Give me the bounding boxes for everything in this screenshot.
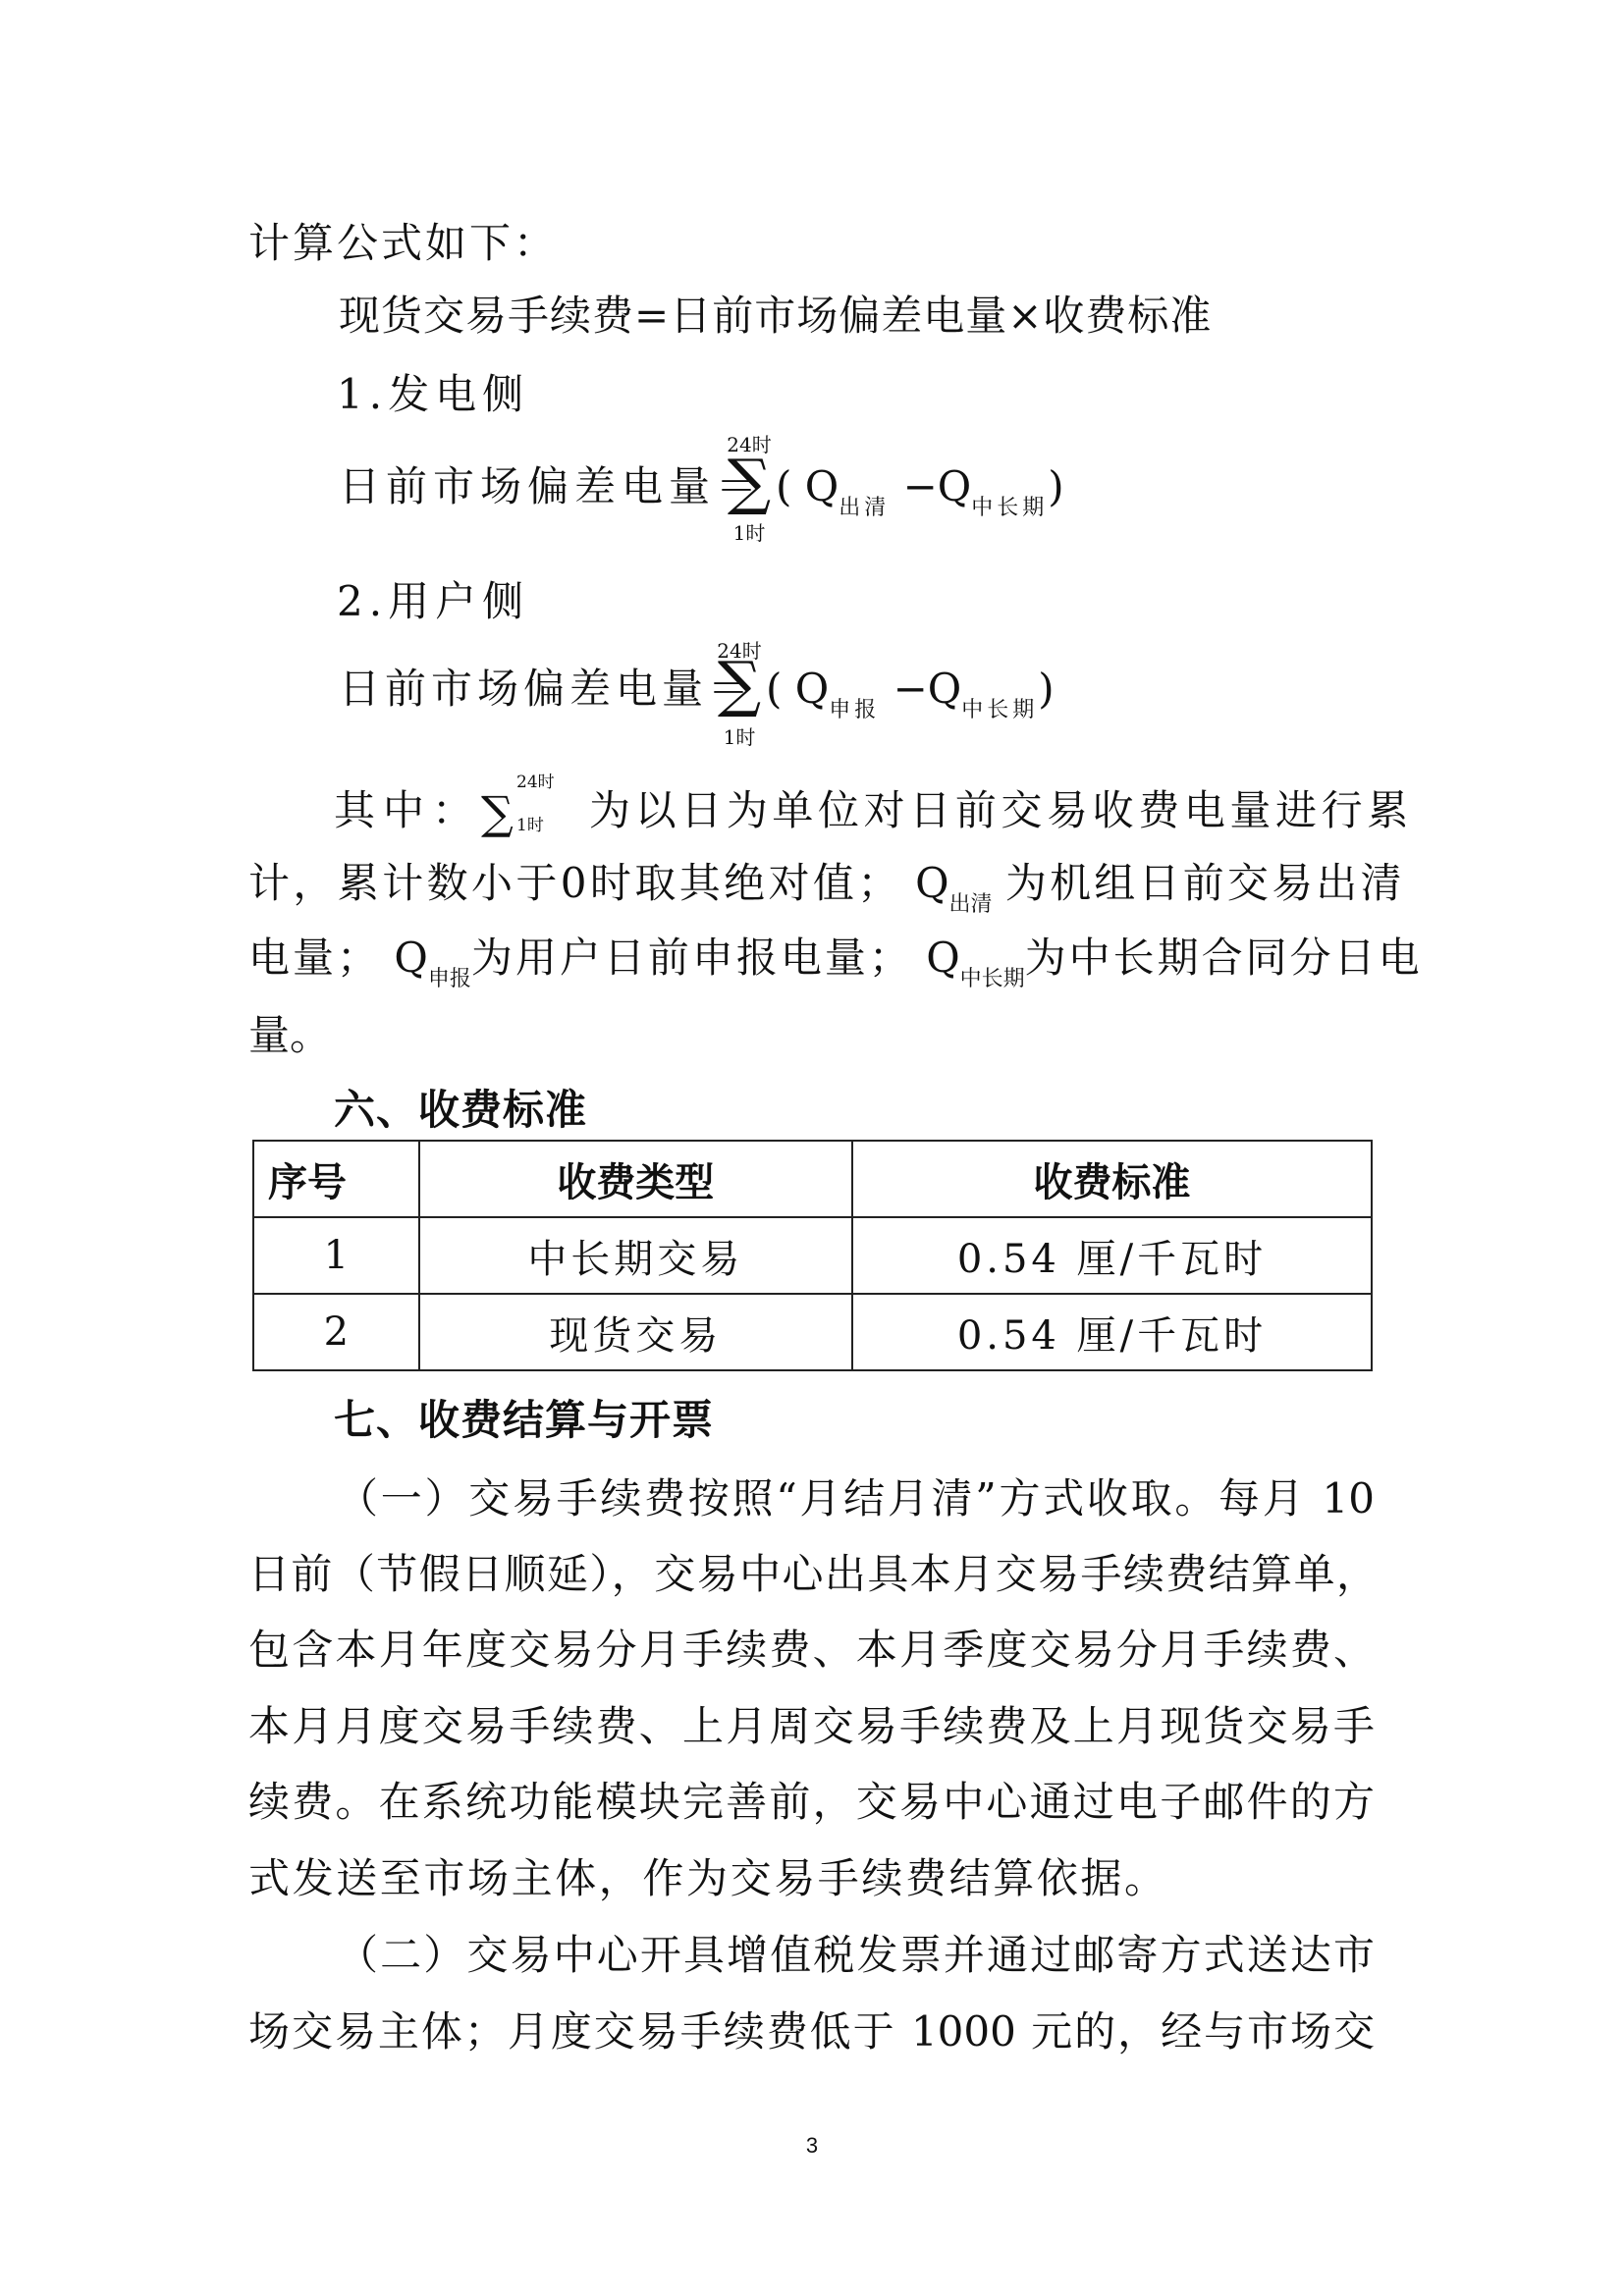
- close-paren: ): [1038, 665, 1054, 713]
- inline-summation: ∑24时1时: [481, 787, 560, 834]
- intro-text: 计算公式如下：: [248, 220, 558, 267]
- generator-side-formula: 日前市场偏差电量＝ 24时 ∑ 1时 ( Q出清 −Q中长期): [339, 422, 1046, 560]
- explanation-text: 为用户日前申报电量；: [471, 934, 913, 982]
- cell-standard: 0.54 厘/千瓦时: [852, 1217, 1372, 1294]
- user-side-heading: 2.用户侧: [337, 578, 529, 625]
- explanation-prefix: 其中：: [334, 786, 481, 834]
- q-symbol: Q: [928, 665, 961, 713]
- q-subscript: 申报: [829, 698, 880, 722]
- minus-sign: −: [893, 665, 928, 713]
- cell-seq: 1: [253, 1217, 419, 1294]
- minus-sign: −: [903, 462, 938, 510]
- close-paren: ): [1048, 462, 1063, 510]
- cell-type: 现货交易: [419, 1294, 852, 1370]
- paragraph-1-line: （一）交易手续费按照“月结月清”方式收取。每月 10: [337, 1475, 1375, 1522]
- q-symbol: Q: [394, 934, 427, 982]
- sigma-lower-limit: 1时: [720, 522, 779, 544]
- explanation-line-4: 量。: [248, 1012, 331, 1059]
- q-symbol: Q: [795, 665, 829, 713]
- q-subscript: 出清: [949, 892, 993, 917]
- table-header-row: 序号 收费类型 收费标准: [253, 1141, 1372, 1217]
- column-header-type: 收费类型: [419, 1141, 852, 1217]
- sigma-icon: ∑: [481, 791, 514, 834]
- sigma-upper-limit: 24时: [516, 774, 555, 791]
- q-symbol: Q: [926, 934, 959, 982]
- open-paren: (: [776, 462, 791, 510]
- table-row: 2 现货交易 0.54 厘/千瓦时: [253, 1294, 1372, 1370]
- paragraph-2-line: 场交易主体；月度交易手续费低于 1000 元的，经与市场交: [248, 2008, 1375, 2056]
- page-number: 3: [800, 2133, 824, 2159]
- q-subscript: 中长期: [960, 967, 1025, 991]
- formula-rhs: ( Q出清 −Q中长期): [776, 463, 1064, 518]
- paragraph-1-line: 式发送至市场主体，作为交易手续费结算依据。: [248, 1855, 1168, 1902]
- sigma-icon: ∑: [715, 654, 764, 715]
- user-side-formula: 日前市场偏差电量＝ 24时 ∑ 1时 ( Q申报 −Q中长期): [339, 624, 1026, 762]
- q-symbol: Q: [915, 859, 948, 907]
- formula-lhs: 日前市场偏差电量＝: [339, 463, 763, 510]
- explanation-text: 计，累计数小于0时取其绝对值；: [248, 859, 902, 907]
- paragraph-1-line: 包含本月年度交易分月手续费、本月季度交易分月手续费、: [248, 1627, 1375, 1674]
- explanation-text: 电量；: [248, 934, 381, 982]
- cell-type: 中长期交易: [419, 1217, 852, 1294]
- table-row: 1 中长期交易 0.54 厘/千瓦时: [253, 1217, 1372, 1294]
- paragraph-1-line: 本月月度交易手续费、上月周交易手续费及上月现货交易手: [248, 1703, 1375, 1750]
- formula-rhs: ( Q申报 −Q中长期): [766, 666, 1055, 721]
- explanation-line-2: 计，累计数小于0时取其绝对值； Q出清 为机组日前交易出清: [248, 860, 1378, 915]
- q-subscript: 出清: [839, 496, 890, 520]
- paragraph-1-line: 续费。在系统功能模块完善前，交易中心通过电子邮件的方: [248, 1779, 1375, 1826]
- cell-seq: 2: [253, 1294, 419, 1370]
- main-formula: 现货交易手续费=日前市场偏差电量×收费标准: [339, 293, 1225, 340]
- explanation-text: 为中长期合同分日电: [1025, 934, 1423, 982]
- paragraph-2-line: （二）交易中心开具增值税发票并通过邮寄方式送达市: [337, 1932, 1375, 1979]
- sigma-lower-limit: 1时: [516, 817, 544, 834]
- cell-standard: 0.54 厘/千瓦时: [852, 1294, 1372, 1370]
- explanation-line-3: 电量； Q申报为用户日前申报电量； Q中长期为中长期合同分日电: [248, 934, 1378, 989]
- column-header-seq: 序号: [253, 1141, 419, 1217]
- sigma-lower-limit: 1时: [710, 726, 769, 748]
- explanation-text: 为机组日前交易出清: [1005, 859, 1405, 907]
- q-symbol: Q: [938, 462, 971, 510]
- section-7-heading: 七、收费结算与开票: [334, 1397, 714, 1444]
- explanation-line-1: 其中：∑24时1时为以日为单位对日前交易收费电量进行累: [334, 787, 1375, 834]
- formula-lhs: 日前市场偏差电量＝: [339, 666, 754, 713]
- sigma-icon: ∑: [725, 452, 774, 512]
- open-paren: (: [766, 665, 782, 713]
- section-6-heading: 六、收费标准: [334, 1087, 587, 1134]
- column-header-standard: 收费标准: [852, 1141, 1372, 1217]
- explanation-text: 为以日为单位对日前交易收费电量进行累: [589, 786, 1413, 834]
- generator-side-heading: 1.发电侧: [337, 371, 529, 418]
- paragraph-1-line: 日前（节假日顺延），交易中心出具本月交易手续费结算单，: [248, 1551, 1378, 1598]
- fee-standard-table: 序号 收费类型 收费标准 1 中长期交易 0.54 厘/千瓦时 2 现货交易 0…: [252, 1140, 1373, 1371]
- q-symbol: Q: [805, 462, 839, 510]
- q-subscript: 中长期: [971, 496, 1048, 520]
- q-subscript: 中长期: [961, 698, 1038, 722]
- q-subscript: 申报: [428, 967, 471, 991]
